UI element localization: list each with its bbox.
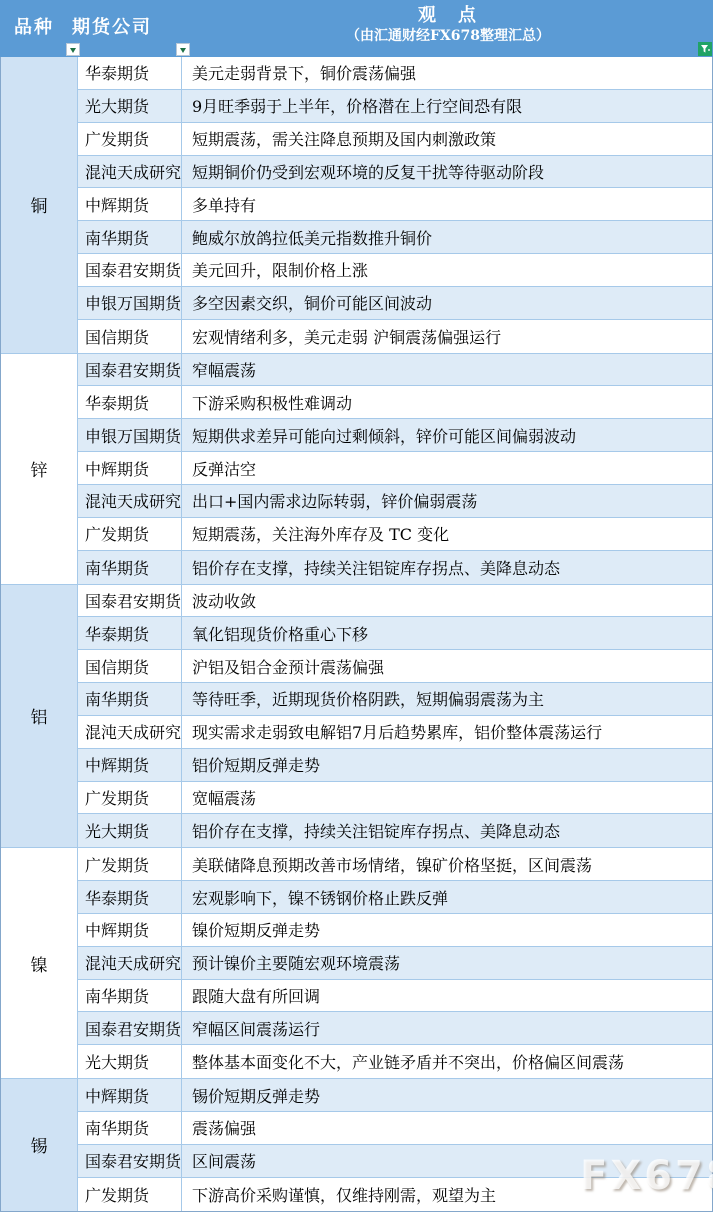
variety-cell: 镍: [1, 848, 78, 1078]
section-锌: 锌国泰君安期货窄幅震荡华泰期货下游采购积极性难调动申银万国期货短期供求差异可能向…: [1, 354, 712, 585]
table-row: 中辉期货铝价短期反弹走势: [78, 749, 712, 782]
view-cell: 等待旺季，近期现货价格阴跌，短期偏弱震荡为主: [182, 683, 712, 715]
view-column-header: 观 点 （由汇通财经FX678整理汇总）: [183, 0, 713, 50]
table-row: 华泰期货宏观影响下，镍不锈钢价格止跌反弹: [78, 881, 712, 914]
funnel-icon: [700, 44, 710, 54]
view-cell: 美元回升，限制价格上涨: [182, 254, 712, 286]
table-row: 混沌天成研究短期铜价仍受到宏观环境的反复干扰等待驱动阶段: [78, 156, 712, 189]
view-cell: 短期供求差异可能向过剩倾斜，锌价可能区间偏弱波动: [182, 419, 712, 451]
view-cell: 短期铜价仍受到宏观环境的反复干扰等待驱动阶段: [182, 156, 712, 188]
company-cell: 国信期货: [78, 320, 182, 353]
company-cell: 国泰君安期货: [78, 1145, 182, 1177]
view-cell: 9月旺季弱于上半年，价格潜在上行空间恐有限: [182, 90, 712, 122]
table-row: 广发期货短期震荡，需关注降息预期及国内刺激政策: [78, 123, 712, 156]
view-cell: 反弹沽空: [182, 452, 712, 484]
view-cell: 鲍威尔放鸽拉低美元指数推升铜价: [182, 221, 712, 253]
company-column-header: 期货公司: [72, 13, 152, 39]
table-row: 国泰君安期货美元回升，限制价格上涨: [78, 254, 712, 287]
variety-cell: 锌: [1, 354, 78, 584]
view-cell: 短期震荡，关注海外库存及 TC 变化: [182, 518, 712, 550]
section-镍: 镍广发期货美联储降息预期改善市场情绪，镍矿价格坚挺，区间震荡华泰期货宏观影响下，…: [1, 848, 712, 1079]
table-row: 混沌天成研究预计镍价主要随宏观环境震荡: [78, 947, 712, 980]
view-cell: 区间震荡: [182, 1145, 712, 1177]
section-铝: 铝国泰君安期货波动收敛华泰期货氧化铝现货价格重心下移国信期货沪铝及铝合金预计震荡…: [1, 585, 712, 849]
table-row: 南华期货跟随大盘有所回调: [78, 980, 712, 1013]
chevron-down-icon: [70, 48, 76, 53]
view-cell: 窄幅区间震荡运行: [182, 1012, 712, 1044]
table-header: 品种 期货公司 观 点 （由汇通财经FX678整理汇总）: [0, 0, 713, 57]
table-row: 广发期货美联储降息预期改善市场情绪，镍矿价格坚挺，区间震荡: [78, 848, 712, 881]
table-row: 光大期货9月旺季弱于上半年，价格潜在上行空间恐有限: [78, 90, 712, 123]
table-row: 混沌天成研究出口+国内需求边际转弱，锌价偏弱震荡: [78, 485, 712, 518]
company-cell: 光大期货: [78, 90, 182, 122]
company-cell: 南华期货: [78, 980, 182, 1012]
table-row: 南华期货鲍威尔放鸽拉低美元指数推升铜价: [78, 221, 712, 254]
view-cell: 多单持有: [182, 188, 712, 220]
table-row: 申银万国期货短期供求差异可能向过剩倾斜，锌价可能区间偏弱波动: [78, 419, 712, 452]
table-row: 国信期货沪铝及铝合金预计震荡偏强: [78, 650, 712, 683]
table-row: 南华期货震荡偏强: [78, 1112, 712, 1145]
variety-cell: 铜: [1, 57, 78, 353]
variety-cell: 锡: [1, 1079, 78, 1210]
company-cell: 广发期货: [78, 1178, 182, 1211]
table-row: 广发期货下游高价采购谨慎，仅维持刚需，观望为主: [78, 1178, 712, 1211]
company-cell: 南华期货: [78, 683, 182, 715]
table-row: 南华期货铝价存在支撑，持续关注铝锭库存拐点、美降息动态: [78, 551, 712, 584]
table-row: 光大期货铝价存在支撑，持续关注铝锭库存拐点、美降息动态: [78, 814, 712, 847]
company-cell: 混沌天成研究: [78, 156, 182, 188]
table-row: 国泰君安期货区间震荡: [78, 1145, 712, 1178]
company-cell: 申银万国期货: [78, 287, 182, 319]
table-row: 光大期货整体基本面变化不大，产业链矛盾并不突出，价格偏区间震荡: [78, 1045, 712, 1078]
company-cell: 南华期货: [78, 551, 182, 584]
company-cell: 国信期货: [78, 650, 182, 682]
company-cell: 广发期货: [78, 848, 182, 880]
section-rows: 广发期货美联储降息预期改善市场情绪，镍矿价格坚挺，区间震荡华泰期货宏观影响下，镍…: [78, 848, 712, 1078]
section-锡: 锡中辉期货锡价短期反弹走势南华期货震荡偏强国泰君安期货区间震荡广发期货下游高价采…: [1, 1079, 712, 1211]
company-cell: 中辉期货: [78, 452, 182, 484]
company-cell: 光大期货: [78, 1045, 182, 1078]
company-cell: 国泰君安期货: [78, 354, 182, 386]
table-row: 中辉期货反弹沽空: [78, 452, 712, 485]
company-cell: 南华期货: [78, 1112, 182, 1144]
table-row: 广发期货短期震荡，关注海外库存及 TC 变化: [78, 518, 712, 551]
company-cell: 混沌天成研究: [78, 947, 182, 979]
view-cell: 震荡偏强: [182, 1112, 712, 1144]
view-cell: 氧化铝现货价格重心下移: [182, 617, 712, 649]
view-cell: 宏观情绪利多，美元走弱 沪铜震荡偏强运行: [182, 320, 712, 353]
filter-dropdown-icon[interactable]: [176, 43, 190, 56]
view-cell: 宏观影响下，镍不锈钢价格止跌反弹: [182, 881, 712, 913]
section-铜: 铜华泰期货美元走弱背景下，铜价震荡偏强光大期货9月旺季弱于上半年，价格潜在上行空…: [1, 57, 712, 354]
company-cell: 国泰君安期货: [78, 585, 182, 617]
company-cell: 广发期货: [78, 518, 182, 550]
view-cell: 下游采购积极性难调动: [182, 386, 712, 418]
company-cell: 光大期货: [78, 814, 182, 847]
view-cell: 窄幅震荡: [182, 354, 712, 386]
filter-dropdown-icon[interactable]: [66, 43, 80, 56]
company-cell: 中辉期货: [78, 1079, 182, 1111]
company-cell: 申银万国期货: [78, 419, 182, 451]
view-cell: 铝价存在支撑，持续关注铝锭库存拐点、美降息动态: [182, 551, 712, 584]
view-cell: 镍价短期反弹走势: [182, 914, 712, 946]
table-row: 申银万国期货多空因素交织，铜价可能区间波动: [78, 287, 712, 320]
company-cell: 国泰君安期货: [78, 1012, 182, 1044]
table-row: 华泰期货氧化铝现货价格重心下移: [78, 617, 712, 650]
active-filter-icon[interactable]: [698, 42, 712, 56]
view-cell: 宽幅震荡: [182, 782, 712, 814]
section-rows: 华泰期货美元走弱背景下，铜价震荡偏强光大期货9月旺季弱于上半年，价格潜在上行空间…: [78, 57, 712, 353]
view-cell: 跟随大盘有所回调: [182, 980, 712, 1012]
table-row: 中辉期货多单持有: [78, 188, 712, 221]
company-cell: 国泰君安期货: [78, 254, 182, 286]
view-cell: 现实需求走弱致电解铝7月后趋势累库，铝价整体震荡运行: [182, 716, 712, 748]
table-row: 中辉期货镍价短期反弹走势: [78, 914, 712, 947]
company-cell: 广发期货: [78, 782, 182, 814]
table-row: 混沌天成研究现实需求走弱致电解铝7月后趋势累库，铝价整体震荡运行: [78, 716, 712, 749]
section-rows: 国泰君安期货窄幅震荡华泰期货下游采购积极性难调动申银万国期货短期供求差异可能向过…: [78, 354, 712, 584]
company-cell: 混沌天成研究: [78, 716, 182, 748]
view-cell: 锡价短期反弹走势: [182, 1079, 712, 1111]
view-cell: 美元走弱背景下，铜价震荡偏强: [182, 57, 712, 89]
view-cell: 多空因素交织，铜价可能区间波动: [182, 287, 712, 319]
view-cell: 铝价存在支撑，持续关注铝锭库存拐点、美降息动态: [182, 814, 712, 847]
variety-column-header: 品种: [14, 13, 54, 39]
table-row: 国泰君安期货波动收敛: [78, 585, 712, 618]
company-cell: 中辉期货: [78, 914, 182, 946]
view-cell: 波动收敛: [182, 585, 712, 617]
company-cell: 广发期货: [78, 123, 182, 155]
section-rows: 国泰君安期货波动收敛华泰期货氧化铝现货价格重心下移国信期货沪铝及铝合金预计震荡偏…: [78, 585, 712, 848]
company-cell: 华泰期货: [78, 386, 182, 418]
company-cell: 华泰期货: [78, 57, 182, 89]
variety-cell: 铝: [1, 585, 78, 848]
table-row: 中辉期货锡价短期反弹走势: [78, 1079, 712, 1112]
view-cell: 整体基本面变化不大，产业链矛盾并不突出，价格偏区间震荡: [182, 1045, 712, 1078]
view-column-title: 观 点: [418, 5, 478, 28]
company-cell: 华泰期货: [78, 881, 182, 913]
table-row: 华泰期货美元走弱背景下，铜价震荡偏强: [78, 57, 712, 90]
view-cell: 沪铝及铝合金预计震荡偏强: [182, 650, 712, 682]
view-column-subtitle: （由汇通财经FX678整理汇总）: [346, 27, 550, 45]
table-row: 国泰君安期货窄幅区间震荡运行: [78, 1012, 712, 1045]
chevron-down-icon: [180, 48, 186, 53]
table-row: 广发期货宽幅震荡: [78, 782, 712, 815]
table-row: 华泰期货下游采购积极性难调动: [78, 386, 712, 419]
company-cell: 华泰期货: [78, 617, 182, 649]
view-cell: 铝价短期反弹走势: [182, 749, 712, 781]
view-cell: 短期震荡，需关注降息预期及国内刺激政策: [182, 123, 712, 155]
company-cell: 中辉期货: [78, 749, 182, 781]
company-cell: 中辉期货: [78, 188, 182, 220]
view-cell: 出口+国内需求边际转弱，锌价偏弱震荡: [182, 485, 712, 517]
table-row: 国信期货宏观情绪利多，美元走弱 沪铜震荡偏强运行: [78, 320, 712, 353]
table-body: 铜华泰期货美元走弱背景下，铜价震荡偏强光大期货9月旺季弱于上半年，价格潜在上行空…: [0, 57, 713, 1212]
table-row: 南华期货等待旺季，近期现货价格阴跌，短期偏弱震荡为主: [78, 683, 712, 716]
futures-opinion-table: 品种 期货公司 观 点 （由汇通财经FX678整理汇总） 铜华泰期货美元走弱背景…: [0, 0, 713, 1212]
table-row: 国泰君安期货窄幅震荡: [78, 354, 712, 387]
view-cell: 美联储降息预期改善市场情绪，镍矿价格坚挺，区间震荡: [182, 848, 712, 880]
view-cell: 预计镍价主要随宏观环境震荡: [182, 947, 712, 979]
section-rows: 中辉期货锡价短期反弹走势南华期货震荡偏强国泰君安期货区间震荡广发期货下游高价采购…: [78, 1079, 712, 1210]
view-cell: 下游高价采购谨慎，仅维持刚需，观望为主: [182, 1178, 712, 1211]
company-cell: 混沌天成研究: [78, 485, 182, 517]
company-cell: 南华期货: [78, 221, 182, 253]
